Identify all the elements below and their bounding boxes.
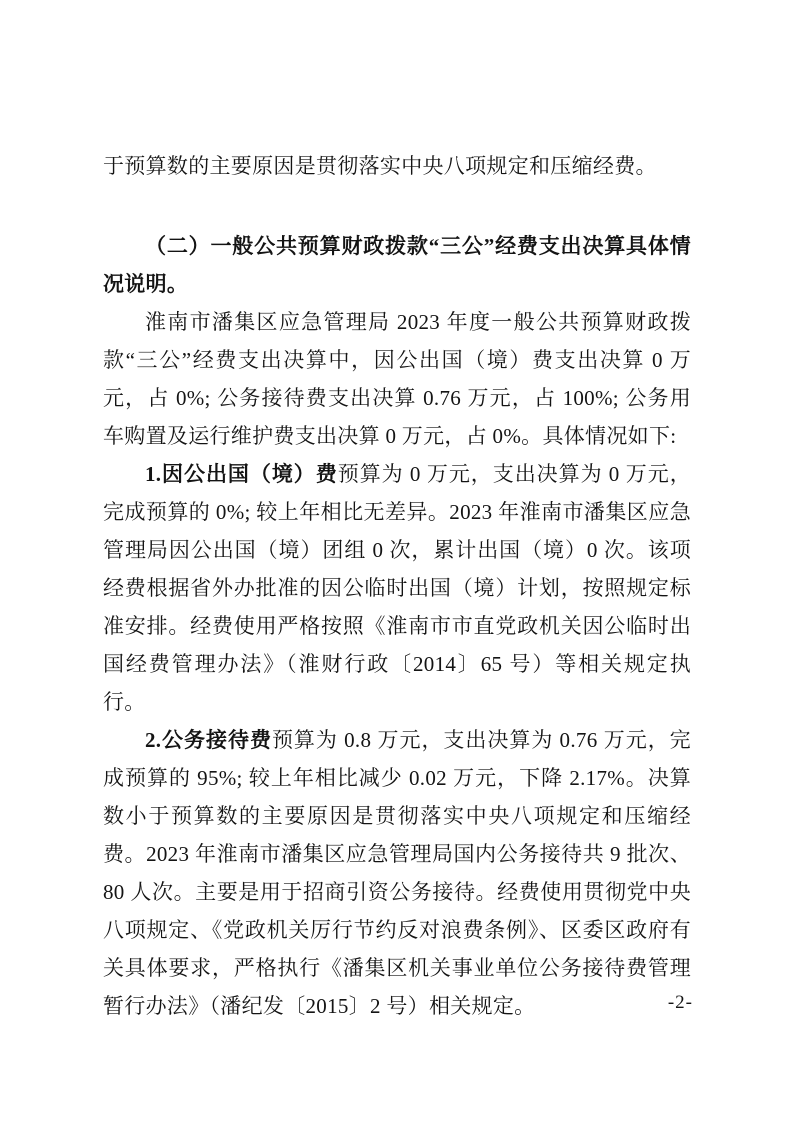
item-1-paragraph: 1.因公出国（境）费预算为 0 万元，支出决算为 0 万元，完成预算的 0%; …: [103, 455, 691, 721]
item-1-body: 预算为 0 万元，支出决算为 0 万元，完成预算的 0%; 较上年相比无差异。2…: [103, 462, 691, 714]
section-heading: （二）一般公共预算财政拨款“三公”经费支出决算具体情况说明。: [103, 227, 691, 303]
document-page: 于预算数的主要原因是贯彻落实中央八项规定和压缩经费。 （二）一般公共预算财政拨款…: [0, 0, 793, 1122]
item-2-body: 预算为 0.8 万元，支出决算为 0.76 万元，完成预算的 95%; 较上年相…: [103, 728, 691, 1018]
intro-paragraph: 淮南市潘集区应急管理局 2023 年度一般公共预算财政拨款“三公”经费支出决算中…: [103, 303, 691, 455]
item-1-lead: 1.因公出国（境）费: [145, 462, 338, 486]
item-2-lead: 2.公务接待费: [145, 728, 272, 752]
document-body: 于预算数的主要原因是贯彻落实中央八项规定和压缩经费。 （二）一般公共预算财政拨款…: [103, 147, 691, 1025]
page-number: -2-: [668, 992, 693, 1014]
item-2-paragraph: 2.公务接待费预算为 0.8 万元，支出决算为 0.76 万元，完成预算的 95…: [103, 721, 691, 1025]
continuation-paragraph: 于预算数的主要原因是贯彻落实中央八项规定和压缩经费。: [103, 147, 691, 185]
